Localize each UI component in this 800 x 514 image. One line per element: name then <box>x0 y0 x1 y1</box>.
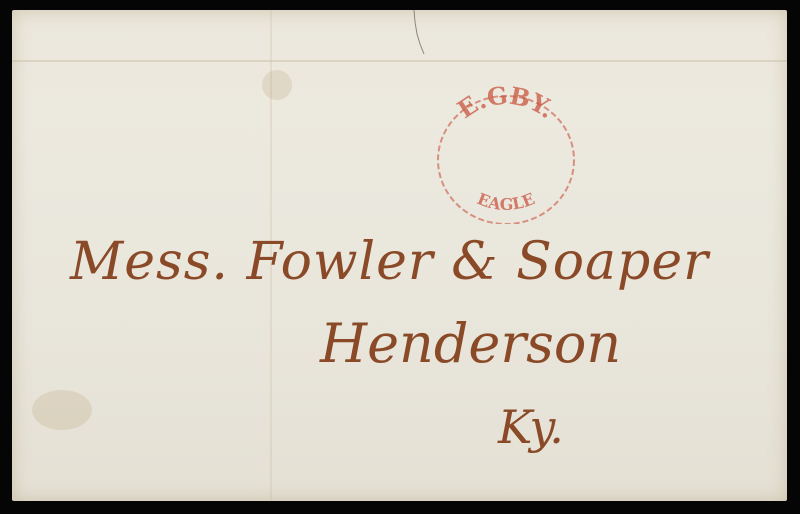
address-line-2: Henderson <box>320 312 621 375</box>
postmark-top-text: E.GBY. <box>452 84 561 124</box>
svg-text:EAGLE: EAGLE <box>475 189 538 214</box>
stain <box>32 390 92 430</box>
postmark-bottom-text: EAGLE <box>475 189 538 214</box>
postmark: E.GBY. EAGLE <box>426 84 586 224</box>
address-line-3: Ky. <box>498 400 564 454</box>
paper-tear <box>406 10 426 60</box>
svg-text:E.GBY.: E.GBY. <box>452 84 561 124</box>
stain <box>262 70 292 100</box>
address-line-1: Mess. Fowler & Soaper <box>70 232 709 292</box>
fold-line-horizontal <box>12 60 787 62</box>
